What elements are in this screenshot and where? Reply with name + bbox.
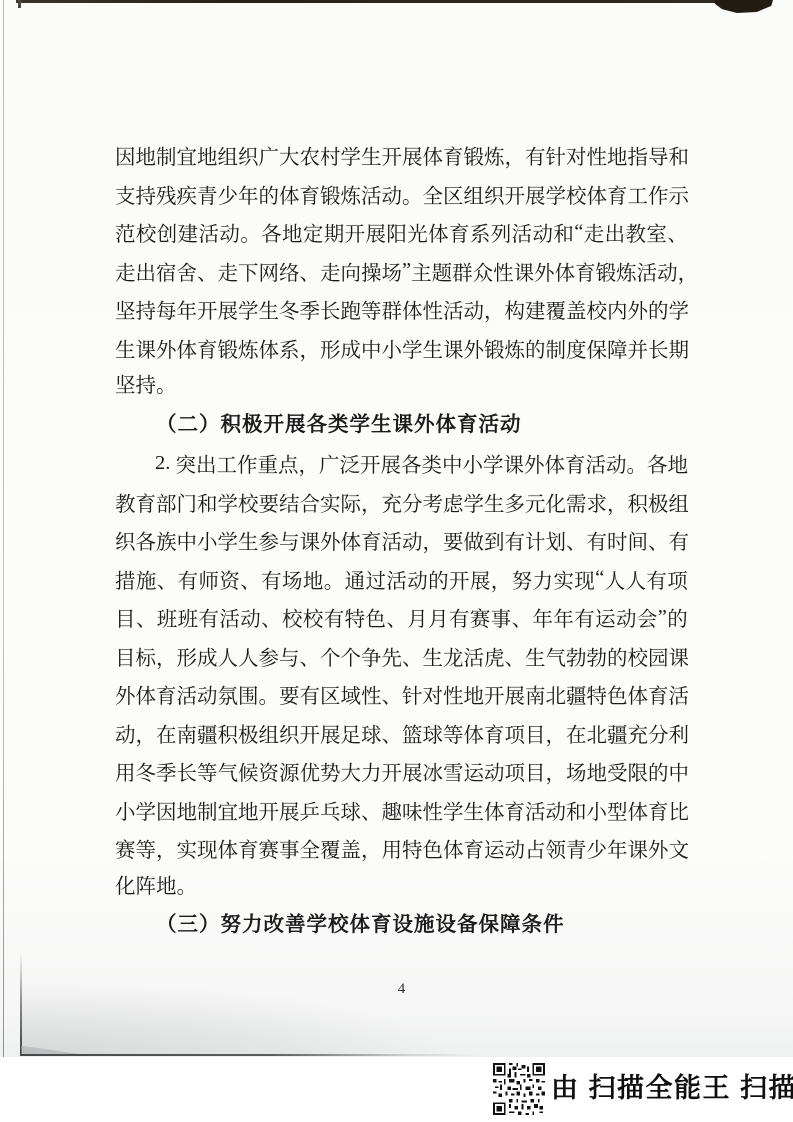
text-line: 生课外体育锻炼体系，形成中小学生课外锻炼的制度保障并长期 bbox=[115, 329, 688, 368]
scan-top-left-mark bbox=[18, 0, 21, 8]
text-line: 坚持每年开展学生冬季长跑等群体性活动，构建覆盖校内外的学 bbox=[115, 290, 688, 329]
text-line: 因地制宜地组织广大农村学生开展体育锻炼，有针对性地指导和 bbox=[115, 136, 688, 175]
text-line: 目、班班有活动、校校有特色、月月有赛事、年年有运动会”的 bbox=[115, 598, 688, 637]
scanned-page: 因地制宜地组织广大农村学生开展体育锻炼，有针对性地指导和支持残疾青少年的体育锻炼… bbox=[0, 0, 793, 1057]
text-line: 走出宿舍、走下网络、走向操场”主题群众性课外体育锻炼活动， bbox=[115, 252, 688, 291]
scan-top-edge-line bbox=[16, 0, 716, 3]
text-block: 因地制宜地组织广大农村学生开展体育锻炼，有针对性地指导和支持残疾青少年的体育锻炼… bbox=[115, 136, 688, 945]
text-line: 化阵地。 bbox=[115, 868, 688, 907]
watermark-footer: 由 扫描全能王 扫描创建 bbox=[0, 1058, 793, 1122]
qr-code-icon bbox=[493, 1063, 545, 1115]
text-line: 措施、有师资、有场地。通过活动的开展，努力实现“人人有项 bbox=[115, 560, 688, 599]
scan-bottom-edge-line bbox=[20, 1054, 478, 1056]
watermark-text: 由 扫描全能王 扫描创建 bbox=[551, 1072, 793, 1104]
paragraph: 2. 突出工作重点，广泛开展各类中小学课外体育活动。各地教育部门和学校要结合实际… bbox=[115, 444, 688, 906]
scan-left-edge-line bbox=[3, 0, 4, 1057]
text-line: 赛等，实现体育赛事全覆盖，用特色体育运动占领青少年课外文 bbox=[115, 829, 688, 868]
text-line: 用冬季长等气候资源优势大力开展冰雪运动项目，场地受限的中 bbox=[115, 752, 688, 791]
section-heading: （三）努力改善学校体育设施设备保障条件 bbox=[115, 906, 688, 945]
paragraph: 因地制宜地组织广大农村学生开展体育锻炼，有针对性地指导和支持残疾青少年的体育锻炼… bbox=[115, 136, 688, 406]
section-heading: （二）积极开展各类学生课外体育活动 bbox=[115, 406, 688, 445]
scan-top-right-artifact bbox=[715, 0, 773, 13]
page-number: 4 bbox=[115, 981, 688, 998]
text-line: 动，在南疆积极组织开展足球、篮球等体育项目，在北疆充分利 bbox=[115, 714, 688, 753]
text-line: 目标，形成人人参与、个个争先、生龙活虎、生气勃勃的校园课 bbox=[115, 637, 688, 676]
text-line: 范校创建活动。各地定期开展阳光体育系列活动和“走出教室、 bbox=[115, 213, 688, 252]
text-line: 2. 突出工作重点，广泛开展各类中小学课外体育活动。各地 bbox=[115, 444, 688, 483]
text-line: 织各族中小学生参与课外体育活动，要做到有计划、有时间、有 bbox=[115, 521, 688, 560]
text-line: 支持残疾青少年的体育锻炼活动。全区组织开展学校体育工作示 bbox=[115, 175, 688, 214]
text-line: 小学因地制宜地开展乒乓球、趣味性学生体育活动和小型体育比 bbox=[115, 791, 688, 830]
scan-left-inner-edge-line bbox=[20, 952, 22, 1056]
text-line: 外体育活动氛围。要有区域性、针对性地开展南北疆特色体育活 bbox=[115, 675, 688, 714]
text-line: 教育部门和学校要结合实际，充分考虑学生多元化需求，积极组 bbox=[115, 483, 688, 522]
text-line: 坚持。 bbox=[115, 367, 688, 406]
